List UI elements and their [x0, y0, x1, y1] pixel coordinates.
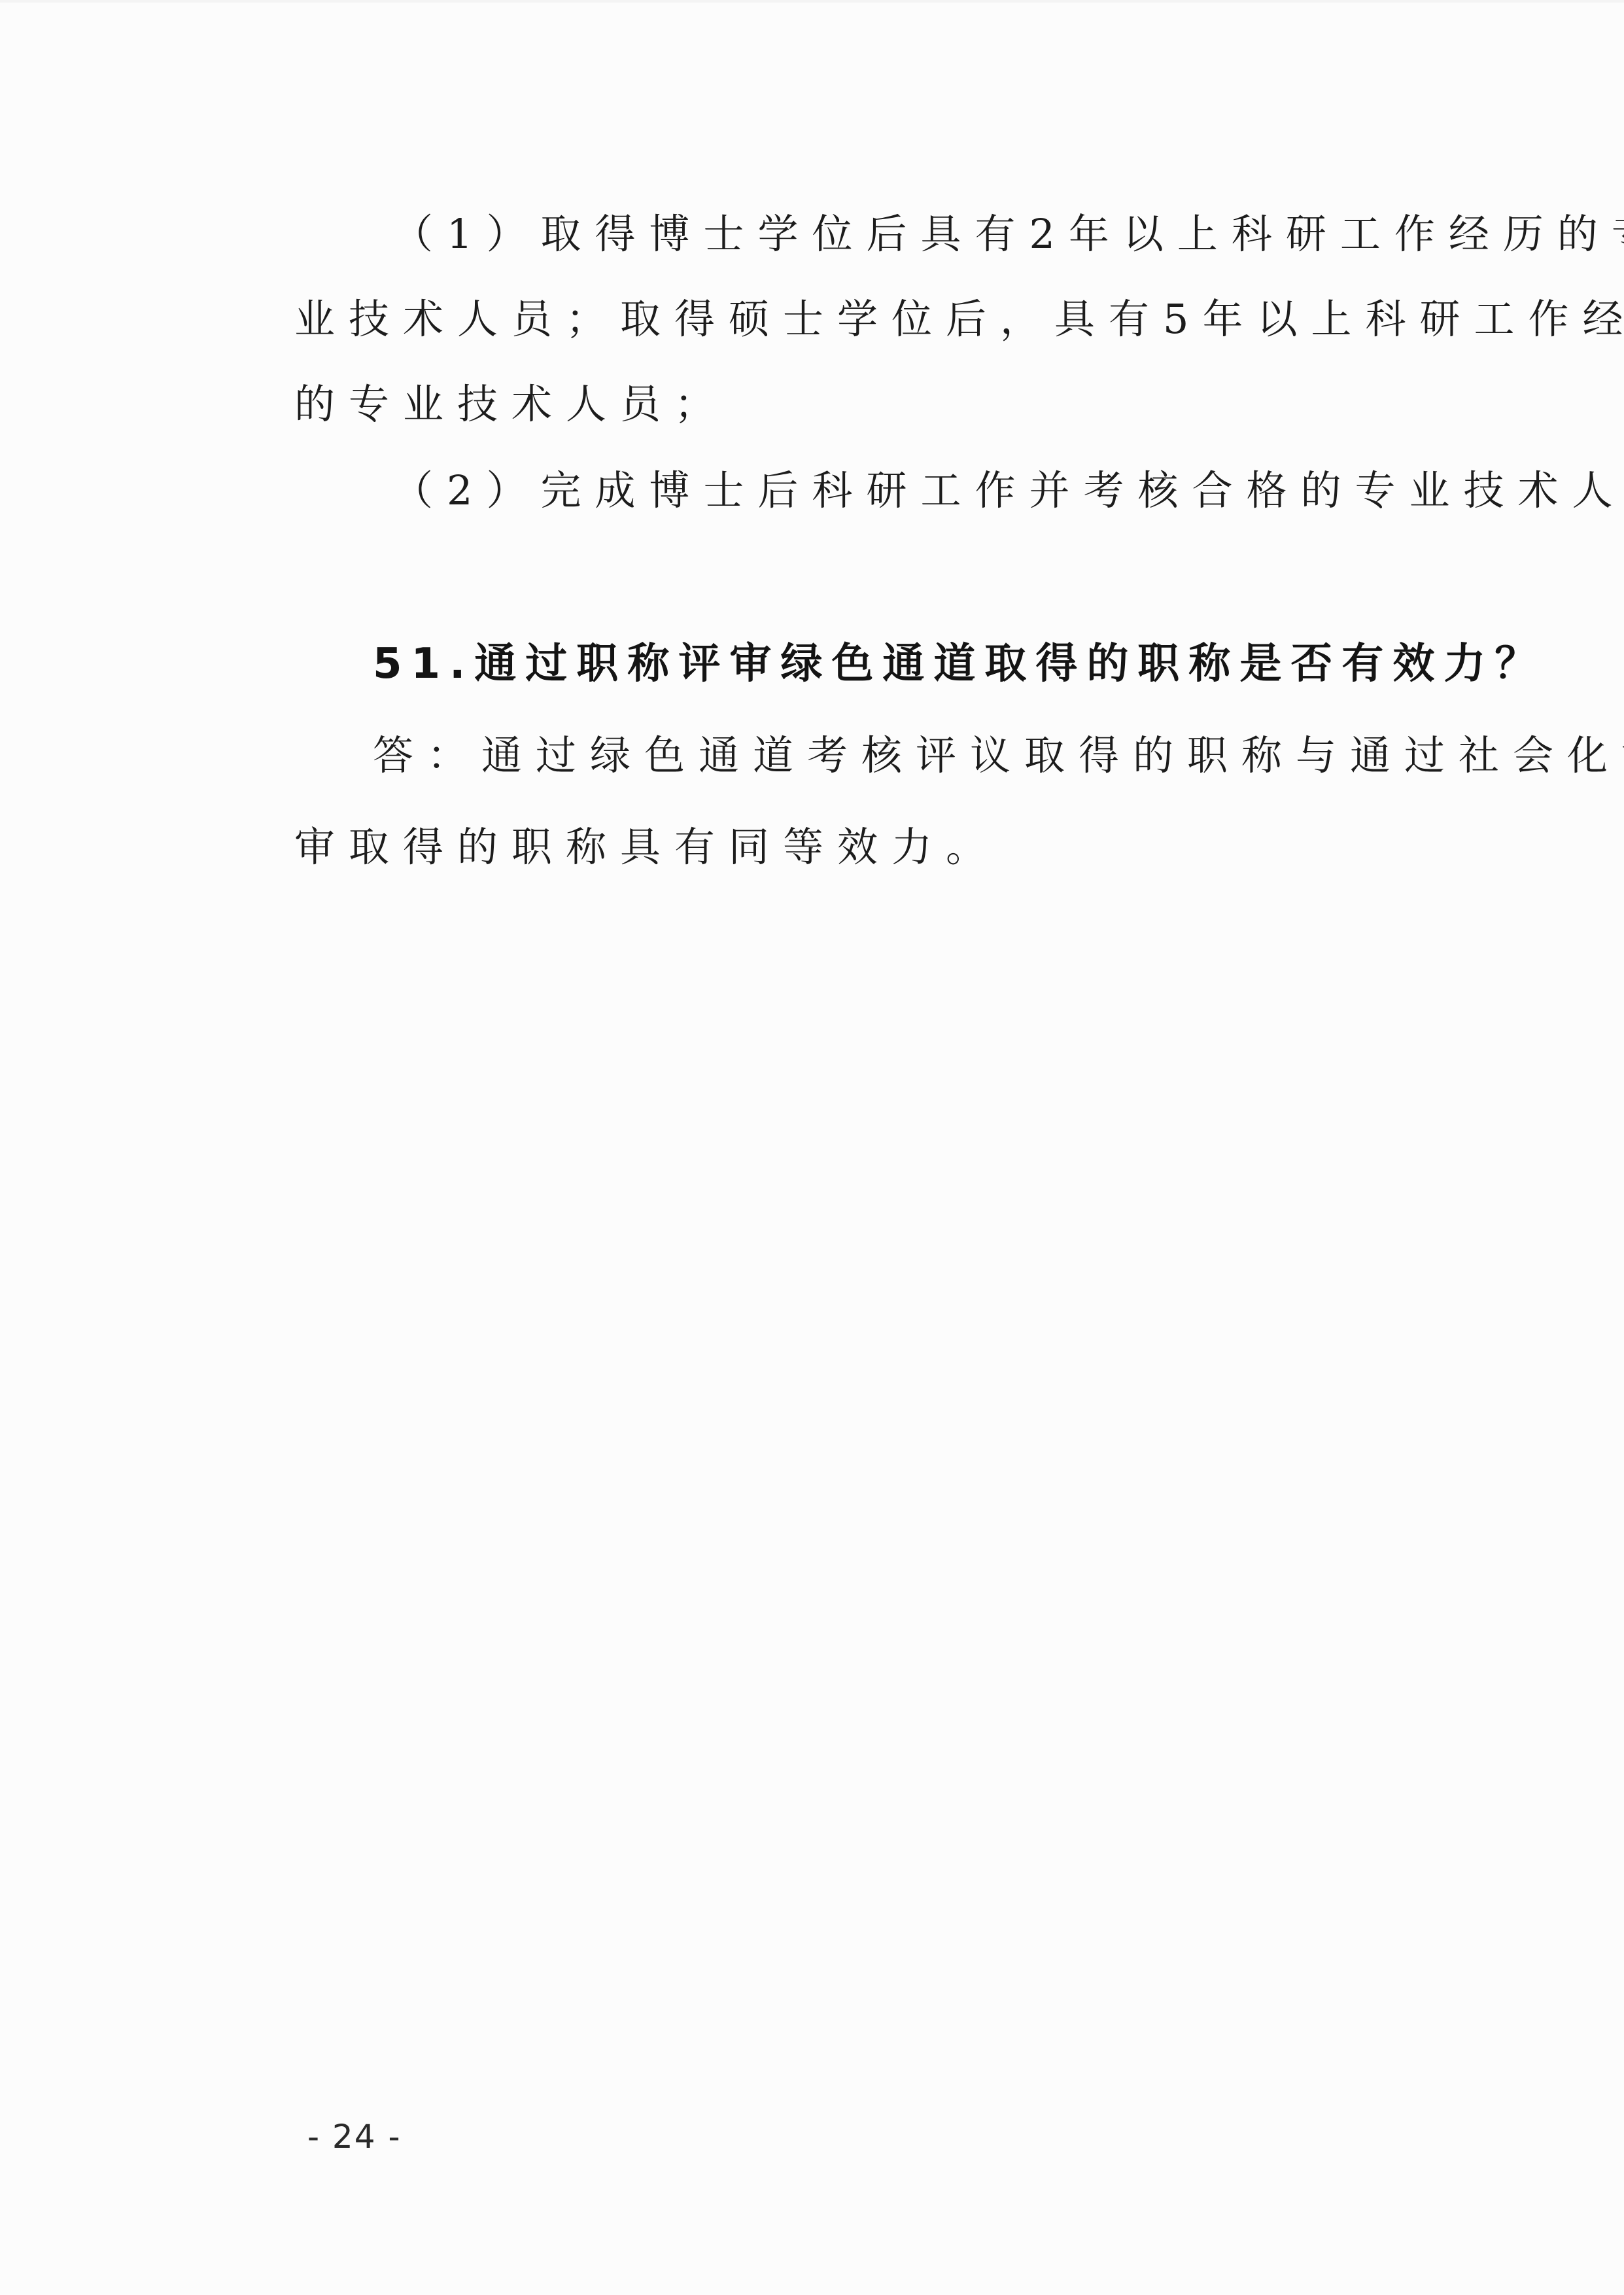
page-number: - 24 -	[307, 2117, 402, 2156]
question-heading: 51.通过职称评审绿色通道取得的职称是否有效力？	[373, 638, 1485, 690]
document-page: （1）取得博士学位后具有2年以上科研工作经历的专 业技术人员；取得硕士学位后，具…	[0, 0, 1624, 2295]
item-1-line-1: （1）取得博士学位后具有2年以上科研工作经历的专	[392, 208, 1406, 260]
item-2-line-1: （2）完成博士后科研工作并考核合格的专业技术人员。	[392, 464, 1406, 517]
item-1-line-3: 的专业技术人员；	[294, 378, 1406, 430]
answer-line-1: 答：通过绿色通道考核评议取得的职称与通过社会化评	[373, 729, 1387, 782]
item-1-line-2: 业技术人员；取得硕士学位后，具有5年以上科研工作经历	[294, 293, 1406, 345]
scan-edge	[0, 0, 1624, 3]
answer-line-2: 审取得的职称具有同等效力。	[294, 821, 1406, 873]
